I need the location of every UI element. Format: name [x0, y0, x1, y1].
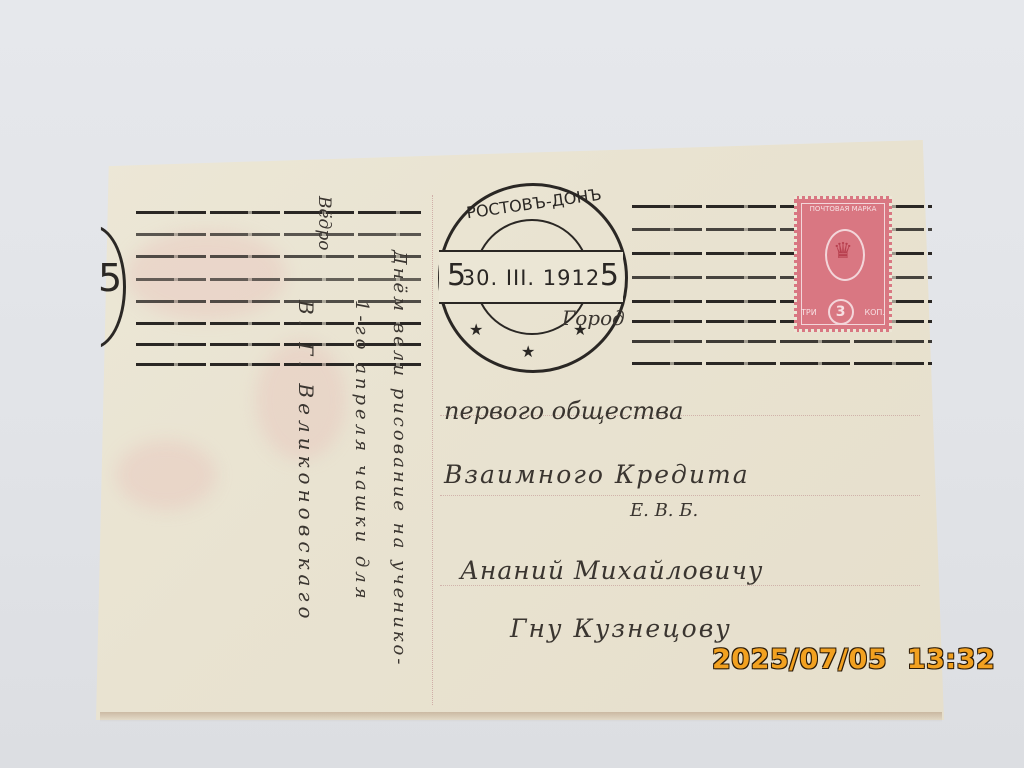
stamp-value-word-right: КОП. [864, 308, 885, 317]
message-line-4: В. Г. Великоновскаго [294, 300, 318, 624]
stain [116, 440, 216, 510]
postmark-slot-right: 5 [600, 258, 619, 293]
address-line-1: первого общества [444, 397, 683, 425]
star-icon: ★ [469, 320, 483, 339]
card-edge-shadow [100, 712, 942, 722]
cancellation-line [632, 362, 932, 365]
cancellation-line [136, 278, 421, 281]
cancellation-line [136, 255, 421, 258]
address-line-4: Ананий Михайловичу [460, 556, 763, 585]
partial-postmark-digit: 5 [98, 256, 122, 300]
message-line-2: Днём вели рисование на ученико- [389, 250, 410, 667]
cancellation-line [136, 300, 421, 303]
postmark-date: 30. III. 1912 [441, 266, 621, 290]
card-divider-line [432, 195, 433, 705]
cancellation-line [136, 343, 421, 346]
camera-timestamp: 2025/07/05 13:32 [712, 644, 995, 675]
stain [126, 230, 286, 320]
cancellation-line [136, 363, 421, 366]
stamp-value-row: ТРИ 3 КОП. [801, 303, 885, 321]
address-line-3: Е. В. Б. [630, 500, 698, 521]
stamp-value: 3 [828, 299, 854, 325]
address-line-city: Город [562, 306, 625, 330]
stamp-value-word-left: ТРИ [801, 308, 817, 317]
postmark-rostov-don: РОСТОВЪ-ДОНЪ 5 30. III. 1912 5 ★ ★ ★ [438, 183, 628, 373]
address-line-2: Взаимного Кредита [444, 460, 750, 489]
cancellation-line [632, 340, 932, 343]
message-line-3: 1-го апреля чашки для [351, 300, 372, 603]
star-icon: ★ [521, 342, 535, 361]
address-guideline [440, 495, 920, 496]
double-headed-eagle-icon: ♛ [797, 239, 889, 264]
cancellation-line [136, 322, 421, 325]
address-guideline [440, 585, 920, 586]
address-line-5: Гну Кузнецову [510, 614, 732, 643]
message-line-1: Вёдро [314, 196, 334, 250]
stamp-header: ПОЧТОВАЯ МАРКА [797, 205, 889, 213]
cancellation-line [136, 233, 421, 236]
postage-stamp-3-kopecks: ПОЧТОВАЯ МАРКА ♛ ТРИ 3 КОП. [794, 196, 892, 332]
cancellation-line [136, 211, 421, 214]
